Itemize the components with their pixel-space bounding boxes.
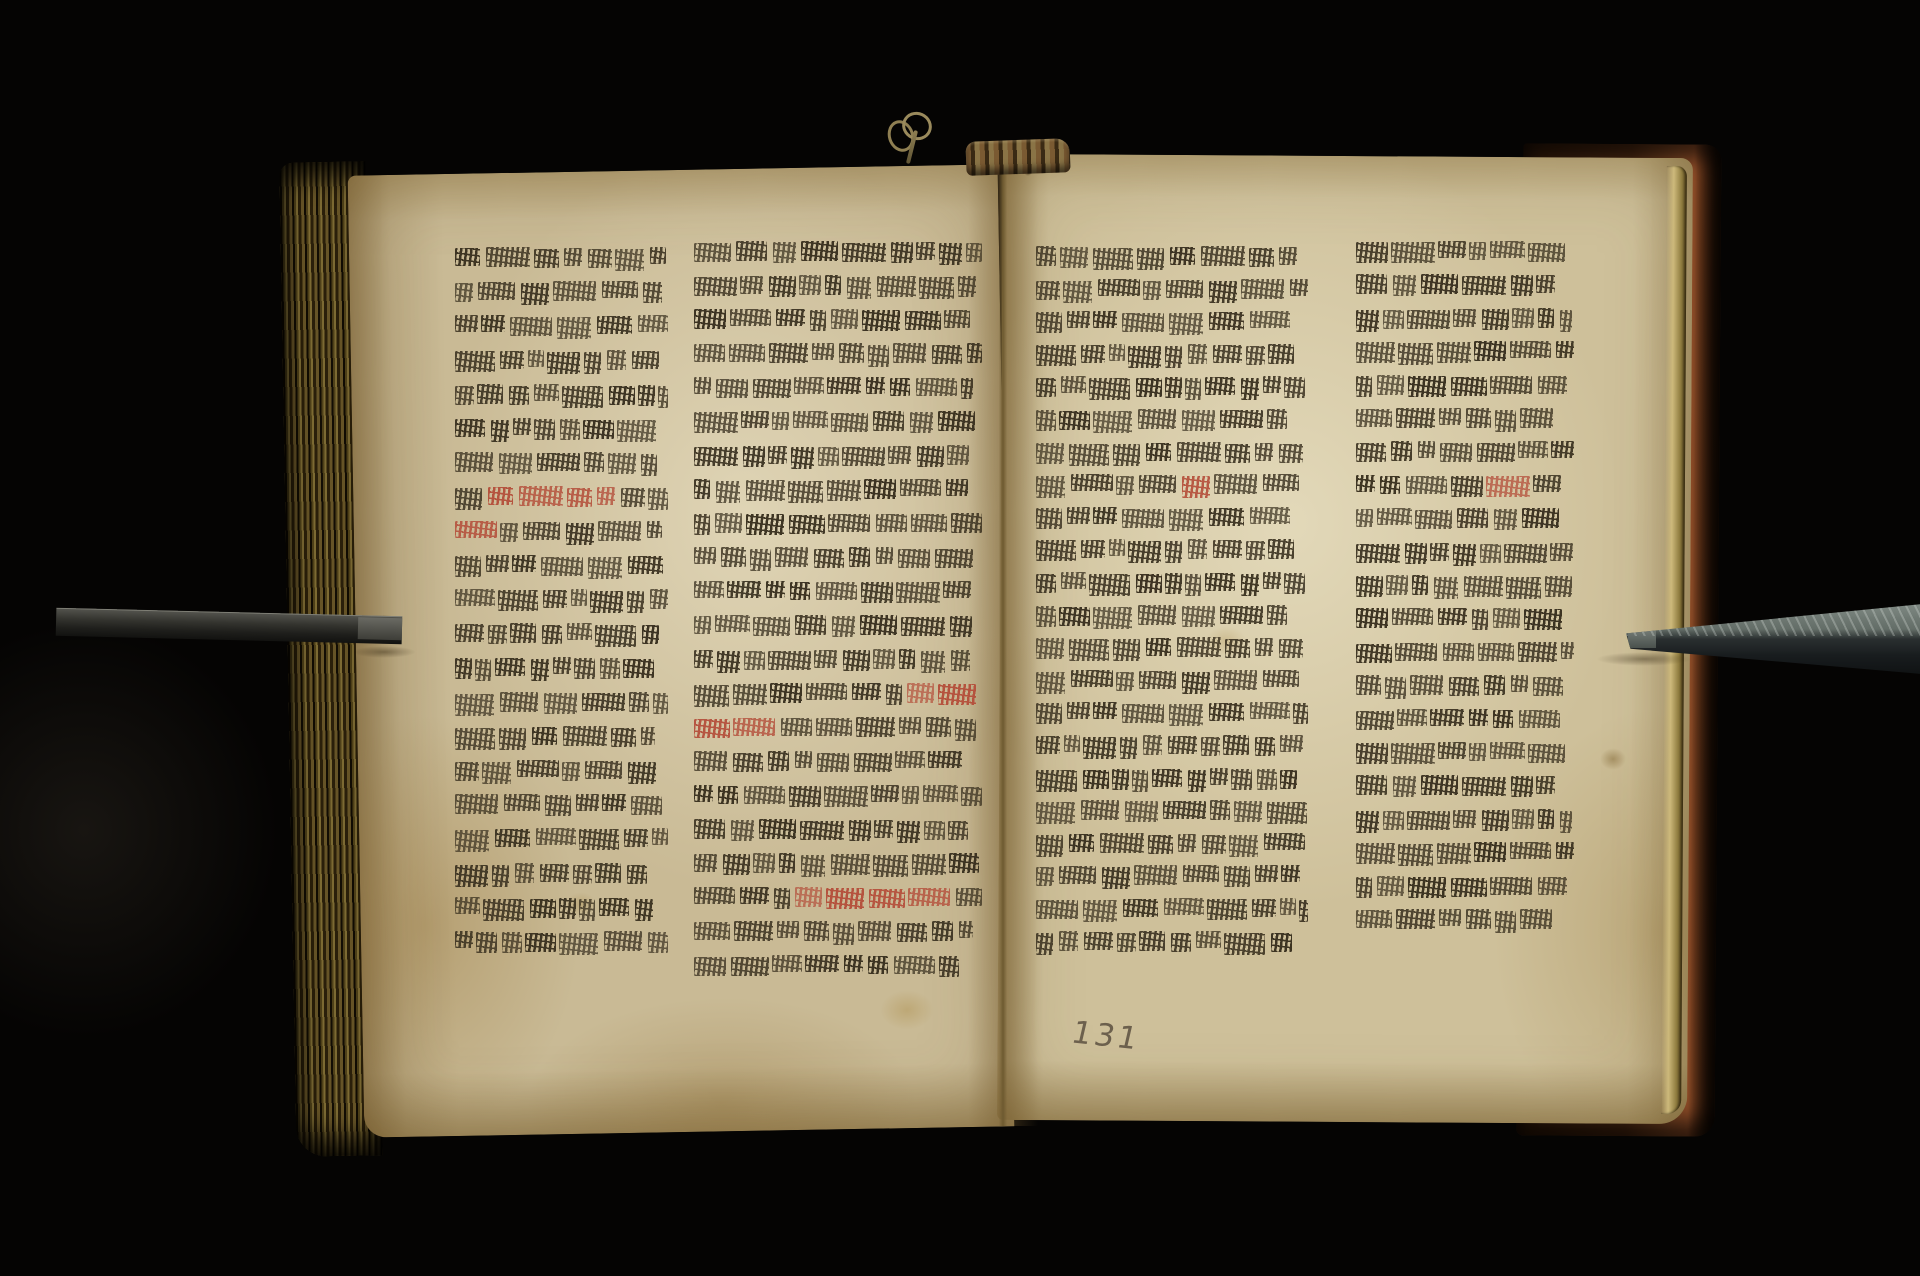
text-line xyxy=(694,275,976,303)
text-line xyxy=(1356,809,1572,837)
text-line xyxy=(1036,735,1303,763)
text-line xyxy=(694,377,973,405)
text-line xyxy=(1036,800,1308,828)
text-line xyxy=(1356,842,1574,870)
text-line xyxy=(455,760,666,788)
text-line xyxy=(694,819,968,847)
text-line xyxy=(694,581,979,609)
text-line xyxy=(694,921,973,949)
text-line xyxy=(1036,931,1292,959)
text-line xyxy=(694,547,973,575)
text-line xyxy=(694,887,982,915)
text-line xyxy=(1356,909,1552,937)
text-line xyxy=(1356,375,1567,403)
text-line xyxy=(694,649,970,677)
text-line xyxy=(455,555,666,583)
text-line xyxy=(1356,274,1565,302)
text-line xyxy=(1356,341,1574,369)
text-line xyxy=(1036,539,1308,567)
text-line xyxy=(1036,670,1300,698)
text-line xyxy=(455,281,662,309)
text-line xyxy=(1036,279,1308,307)
text-line xyxy=(1036,898,1308,926)
text-line xyxy=(1036,311,1294,339)
text-line xyxy=(455,657,664,685)
text-line xyxy=(455,726,655,754)
text-line xyxy=(455,828,668,856)
text-line xyxy=(1356,775,1565,803)
text-line xyxy=(455,384,668,412)
text-line xyxy=(1036,442,1308,470)
text-line xyxy=(1036,409,1297,437)
glass-strip-shadow xyxy=(352,646,416,658)
text-line xyxy=(455,863,657,891)
text-line xyxy=(455,931,668,959)
text-line xyxy=(455,452,657,480)
text-line xyxy=(1356,709,1570,737)
text-line xyxy=(1356,241,1574,269)
text-line xyxy=(1356,308,1572,336)
text-line xyxy=(1036,605,1294,633)
text-line xyxy=(455,315,668,343)
text-line xyxy=(694,683,982,711)
text-line xyxy=(694,479,968,507)
text-line xyxy=(1356,608,1567,636)
text-line xyxy=(455,589,668,617)
text-line xyxy=(694,785,982,813)
text-line xyxy=(455,350,659,378)
photo-background: 131 xyxy=(0,0,1920,1276)
text-line xyxy=(1036,344,1305,372)
text-line xyxy=(1356,642,1574,670)
text-line xyxy=(1356,508,1565,536)
text-line xyxy=(455,623,659,651)
text-line xyxy=(1356,542,1574,570)
text-line xyxy=(1356,575,1572,603)
text-line xyxy=(1356,441,1574,469)
text-line xyxy=(694,445,979,473)
text-line xyxy=(455,794,662,822)
text-line xyxy=(455,692,668,720)
text-line xyxy=(455,486,668,514)
text-line xyxy=(1036,572,1305,600)
text-line xyxy=(694,309,970,337)
pencil-folio-number: 131 xyxy=(1068,1015,1144,1057)
text-line xyxy=(1036,507,1300,535)
text-line xyxy=(455,521,662,549)
text-line xyxy=(1036,865,1300,893)
text-line xyxy=(694,853,979,881)
text-line xyxy=(1356,475,1570,503)
text-line xyxy=(694,513,982,541)
text-line xyxy=(455,897,664,925)
text-line xyxy=(1036,702,1308,730)
text-line xyxy=(694,955,959,983)
text-line xyxy=(1356,675,1563,703)
text-line xyxy=(694,343,982,371)
text-line xyxy=(694,751,973,779)
text-line xyxy=(1036,474,1303,502)
glass-strip-shadow xyxy=(1596,652,1692,666)
text-line xyxy=(455,247,666,275)
text-line xyxy=(1356,742,1574,770)
text-line xyxy=(1356,408,1563,436)
text-line xyxy=(694,411,982,439)
text-line xyxy=(1036,768,1297,796)
text-line xyxy=(694,717,976,745)
text-line xyxy=(1036,833,1305,861)
text-line xyxy=(694,615,982,643)
text-line xyxy=(1036,246,1300,274)
text-line xyxy=(1356,876,1567,904)
text-line xyxy=(1036,376,1308,404)
text-line xyxy=(455,418,664,446)
text-line xyxy=(1036,637,1308,665)
text-line xyxy=(694,241,982,269)
